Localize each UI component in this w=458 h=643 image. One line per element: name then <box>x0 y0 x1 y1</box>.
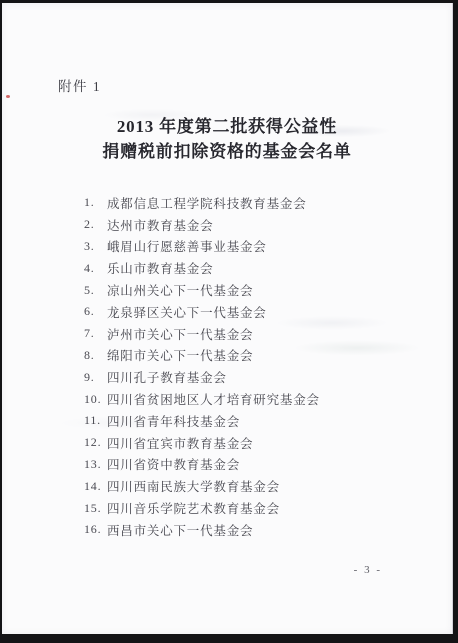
foundation-name: 四川西南民族大学教育基金会 <box>107 477 280 495</box>
list-item-number: 9. <box>84 370 107 385</box>
foundation-name: 成都信息工程学院科技教育基金会 <box>107 194 307 212</box>
list-item: 4.乐山市教育基金会 <box>2 257 452 279</box>
list-item: 16.西昌市关心下一代基金会 <box>2 519 452 541</box>
title-line-2: 捐赠税前扣除资格的基金会名单 <box>102 142 351 161</box>
list-item-number: 15. <box>84 501 107 516</box>
list-item: 8.绵阳市关心下一代基金会 <box>2 345 452 367</box>
list-item: 2.达州市教育基金会 <box>2 214 452 236</box>
list-item: 5.凉山州关心下一代基金会 <box>2 279 452 301</box>
foundation-name: 四川音乐学院艺术教育基金会 <box>107 499 280 517</box>
foundation-name: 四川孔子教育基金会 <box>107 368 227 386</box>
list-item-number: 6. <box>84 304 107 319</box>
list-item-number: 3. <box>84 239 107 254</box>
list-item-number: 16. <box>84 522 107 537</box>
foundation-name: 凉山州关心下一代基金会 <box>107 281 253 299</box>
list-item-number: 7. <box>84 326 107 341</box>
foundation-name: 绵阳市关心下一代基金会 <box>107 346 253 364</box>
list-item-number: 8. <box>84 348 107 363</box>
list-item-number: 2. <box>84 217 107 232</box>
foundation-name: 峨眉山行愿慈善事业基金会 <box>107 237 267 255</box>
list-item-number: 11. <box>84 413 107 428</box>
list-item-number: 14. <box>84 479 107 494</box>
foundation-name: 四川省青年科技基金会 <box>107 412 240 430</box>
scanned-document: 附件 1 2013 年度第二批获得公益性 捐赠税前扣除资格的基金会名单 1.成都… <box>0 0 458 643</box>
list-item-number: 12. <box>84 435 107 450</box>
list-item-number: 13. <box>84 457 107 472</box>
list-item-number: 1. <box>84 195 107 210</box>
list-item: 13.四川省资中教育基金会 <box>2 454 452 476</box>
attachment-label: 附件 1 <box>58 75 101 95</box>
list-item: 6.龙泉驿区关心下一代基金会 <box>2 301 452 323</box>
page-number: - 3 - <box>354 564 382 576</box>
foundation-name: 泸州市关心下一代基金会 <box>107 325 253 343</box>
foundation-name: 四川省宜宾市教育基金会 <box>107 434 253 452</box>
foundation-name: 龙泉驿区关心下一代基金会 <box>107 303 267 321</box>
foundation-name: 四川省贫困地区人才培育研究基金会 <box>107 390 320 408</box>
list-item: 11.四川省青年科技基金会 <box>2 410 452 432</box>
list-item: 15.四川音乐学院艺术教育基金会 <box>2 497 452 519</box>
document-title: 2013 年度第二批获得公益性 捐赠税前扣除资格的基金会名单 <box>2 114 452 164</box>
list-item-number: 4. <box>84 261 107 276</box>
title-line-1: 2013 年度第二批获得公益性 <box>117 117 337 136</box>
foundation-name: 达州市教育基金会 <box>107 216 213 234</box>
foundation-name: 四川省资中教育基金会 <box>107 455 240 473</box>
list-item-number: 5. <box>84 283 107 298</box>
list-item: 1.成都信息工程学院科技教育基金会 <box>2 192 452 214</box>
list-item: 7.泸州市关心下一代基金会 <box>2 323 452 345</box>
document-page: 附件 1 2013 年度第二批获得公益性 捐赠税前扣除资格的基金会名单 1.成都… <box>2 3 453 634</box>
red-ink-speck <box>6 95 10 98</box>
list-item-number: 10. <box>84 392 107 407</box>
list-item: 9.四川孔子教育基金会 <box>2 366 452 388</box>
foundation-list: 1.成都信息工程学院科技教育基金会2.达州市教育基金会3.峨眉山行愿慈善事业基金… <box>2 192 452 541</box>
list-item: 14.四川西南民族大学教育基金会 <box>2 475 452 497</box>
list-item: 12.四川省宜宾市教育基金会 <box>2 432 452 454</box>
list-item: 3.峨眉山行愿慈善事业基金会 <box>2 236 452 258</box>
foundation-name: 乐山市教育基金会 <box>107 259 213 277</box>
list-item: 10.四川省贫困地区人才培育研究基金会 <box>2 388 452 410</box>
foundation-name: 西昌市关心下一代基金会 <box>107 521 253 539</box>
